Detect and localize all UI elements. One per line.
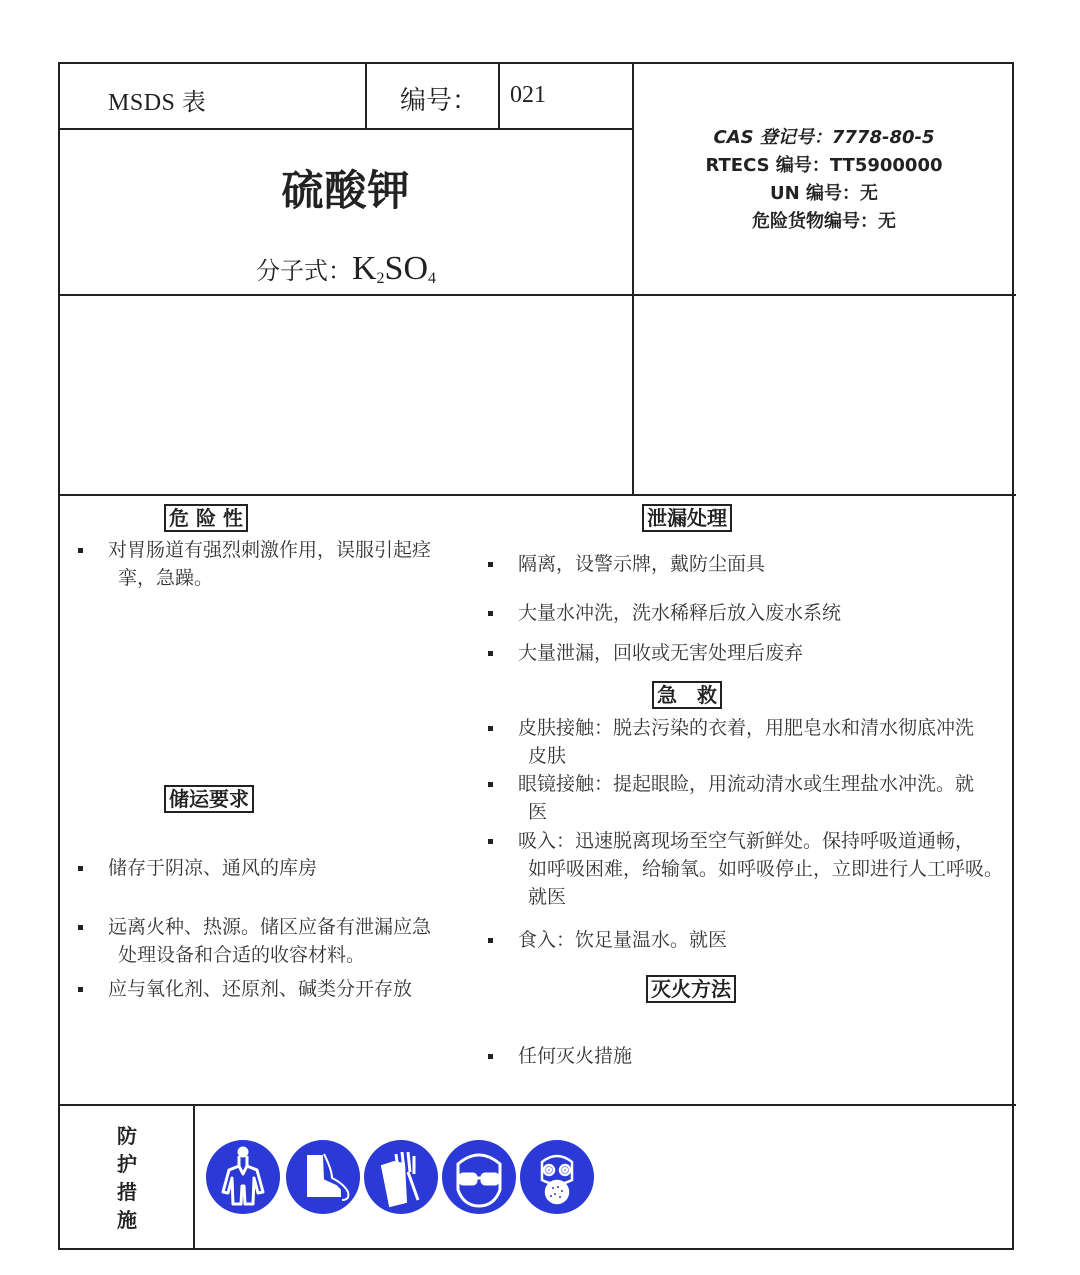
cas-number: CAS 登记号：7778-80-5 <box>632 124 1016 152</box>
list-item: 应与氧化剂、还原剂、碱类分开存放 <box>78 975 478 1003</box>
list-item: 任何灭火措施 <box>488 1042 1008 1070</box>
form-label: MSDS 表 <box>108 82 206 117</box>
list-item: 隔离，设警示牌，戴防尘面具 <box>488 550 1008 578</box>
bullet-icon <box>488 782 493 787</box>
bullet-icon <box>488 611 493 616</box>
bullet-icon <box>78 548 83 553</box>
divider <box>60 494 1016 496</box>
formula-value: K2SO4 <box>352 250 436 287</box>
protection-label: 防 护 措 施 <box>60 1106 194 1250</box>
list-item: 大量水冲洗，洗水稀释后放入废水系统 <box>488 599 1008 627</box>
identifiers-block: CAS 登记号：7778-80-5 RTECS 编号：TT5900000 UN … <box>632 124 1016 236</box>
divider <box>60 1104 1016 1106</box>
list-item: 储存于阴凉、通风的库房 <box>78 854 478 882</box>
bullet-icon <box>78 866 83 871</box>
section-title-spill: 泄漏处理 <box>642 504 732 532</box>
divider <box>498 64 500 128</box>
section-title-storage: 储运要求 <box>164 785 254 813</box>
list-item: 远离火种、热源。储区应备有泄漏应急 处理设备和合适的收容材料。 <box>78 913 478 969</box>
section-title-fire: 灭火方法 <box>646 975 736 1003</box>
list-item: 眼镜接触：提起眼睑，用流动清水或生理盐水冲洗。就 医 <box>488 770 1018 826</box>
msds-sheet: MSDS 表 编号： 021 硫酸钾 分子式：K2SO4 CAS 登记号：777… <box>58 62 1014 1250</box>
gloves-icon <box>364 1140 438 1214</box>
rtecs-number: RTECS 编号：TT5900000 <box>632 152 1016 180</box>
bullet-icon <box>488 726 493 731</box>
list-item: 皮肤接触：脱去污染的衣着，用肥皂水和清水彻底冲洗 皮肤 <box>488 714 1018 770</box>
safety-boots-icon <box>286 1140 360 1214</box>
bullet-icon <box>488 839 493 844</box>
bullet-icon <box>78 987 83 992</box>
number-label: 编号： <box>400 80 478 117</box>
dangerous-goods-number: 危险货物编号：无 <box>632 208 1016 236</box>
chemical-name: 硫酸钾 <box>60 158 632 218</box>
formula-label: 分子式： <box>256 257 352 285</box>
list-item: 吸入：迅速脱离现场至空气新鲜处。保持呼吸道通畅， 如呼吸困难，给输氧。如呼吸停止… <box>488 827 1018 911</box>
divider <box>60 128 632 130</box>
bullet-icon <box>488 562 493 567</box>
number-value: 021 <box>510 82 546 109</box>
gas-mask-icon <box>520 1140 594 1214</box>
molecular-formula: 分子式：K2SO4 <box>60 250 632 288</box>
bullet-icon <box>488 938 493 943</box>
section-title-hazard: 危 险 性 <box>164 504 248 532</box>
bullet-icon <box>78 925 83 930</box>
protective-suit-icon <box>206 1140 280 1214</box>
section-title-first-aid: 急 救 <box>652 681 722 709</box>
divider <box>60 294 1016 296</box>
list-item: 对胃肠道有强烈刺激作用，误服引起痉 挛，急躁。 <box>78 536 478 592</box>
divider <box>365 64 367 128</box>
list-item: 大量泄漏，回收或无害处理后废弃 <box>488 639 1008 667</box>
bullet-icon <box>488 651 493 656</box>
goggles-icon <box>442 1140 516 1214</box>
bullet-icon <box>488 1054 493 1059</box>
un-number: UN 编号：无 <box>632 180 1016 208</box>
list-item: 食入：饮足量温水。就医 <box>488 926 1018 954</box>
